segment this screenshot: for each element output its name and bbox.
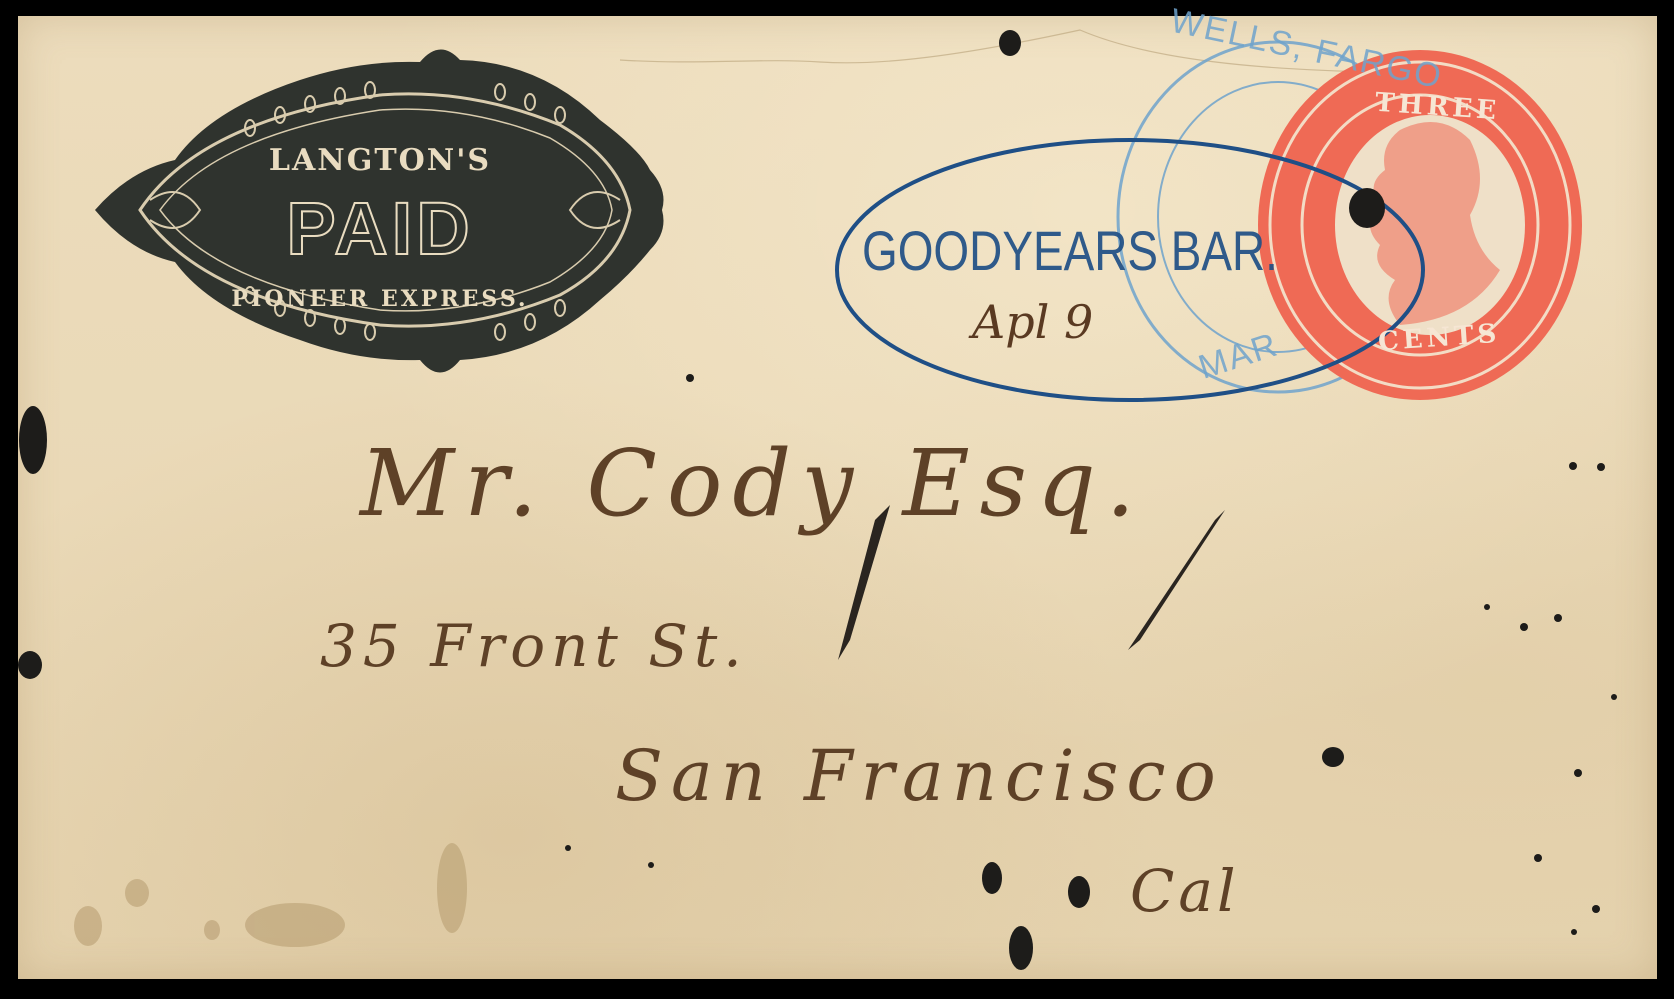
cachet-paid: PAID (90, 186, 670, 271)
cachet-subtitle: PIONEER EXPRESS. (90, 286, 670, 312)
address-street: 35 Front St. (320, 612, 748, 680)
address-addressee: Mr. Cody Esq. (360, 430, 1145, 537)
address-state: Cal (1130, 857, 1240, 925)
town-handstamp-text: GOODYEARS BAR. (862, 218, 1278, 283)
cachet-company-name: LANGTON'S (90, 143, 670, 178)
address-city: San Francisco (615, 735, 1224, 817)
langtons-cachet: LANGTON'S PAID PIONEER EXPRESS. (90, 38, 670, 390)
water-stains (74, 843, 467, 947)
town-handstamp-date: Apl 9 (972, 295, 1093, 349)
